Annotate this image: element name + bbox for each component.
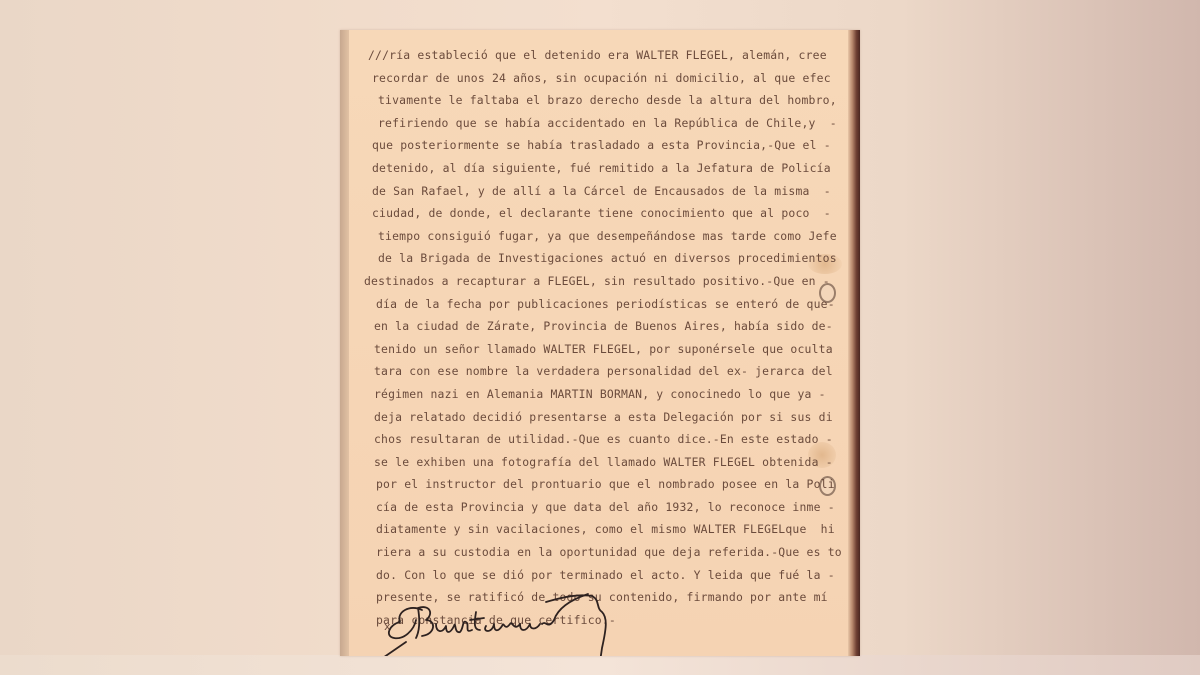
- text-line: destinados a recapturar a FLEGEL, sin re…: [360, 270, 830, 293]
- text-line: do. Con lo que se dió por terminado el a…: [360, 564, 830, 587]
- text-line: chos resultaran de utilidad.-Que es cuan…: [360, 428, 830, 451]
- text-line: de San Rafael, y de allí a la Cárcel de …: [360, 180, 830, 203]
- text-line: recordar de unos 24 años, sin ocupación …: [360, 67, 830, 90]
- typed-text-body: ///ría estableció que el detenido era WA…: [360, 44, 830, 631]
- text-line: régimen nazi en Alemania MARTIN BORMAN, …: [360, 383, 830, 406]
- text-line: que posteriormente se había trasladado a…: [360, 134, 830, 157]
- signature-block: x: [370, 590, 670, 656]
- text-line: ///ría estableció que el detenido era WA…: [360, 44, 830, 67]
- text-line: tivamente le faltaba el brazo derecho de…: [360, 89, 830, 112]
- text-line: refiriendo que se había accidentado en l…: [360, 112, 830, 135]
- text-line: tara con ese nombre la verdadera persona…: [360, 360, 830, 383]
- text-line: riera a su custodia en la oportunidad qu…: [360, 541, 830, 564]
- text-line: tiempo consiguió fugar, ya que desempeñá…: [360, 225, 830, 248]
- document-page: ///ría estableció que el detenido era WA…: [340, 30, 860, 656]
- text-line: diatamente y sin vacilaciones, como el m…: [360, 518, 830, 541]
- text-line: tenido un señor llamado WALTER FLEGEL, p…: [360, 338, 830, 361]
- text-line: cía de esta Provincia y que data del año…: [360, 496, 830, 519]
- text-line: en la ciudad de Zárate, Provincia de Bue…: [360, 315, 830, 338]
- text-line: detenido, al día siguiente, fué remitido…: [360, 157, 830, 180]
- background-bottom-band: [0, 655, 1200, 675]
- text-line: de la Brigada de Investigaciones actuó e…: [360, 247, 830, 270]
- signature-scribble-icon: [370, 590, 670, 656]
- text-line: deja relatado decidió presentarse a esta…: [360, 406, 830, 429]
- text-line: día de la fecha por publicaciones period…: [360, 293, 830, 316]
- page-binding-edge: [848, 30, 860, 656]
- text-line: ciudad, de donde, el declarante tiene co…: [360, 202, 830, 225]
- text-line: por el instructor del prontuario que el …: [360, 473, 830, 496]
- text-line: se le exhiben una fotografía del llamado…: [360, 451, 830, 474]
